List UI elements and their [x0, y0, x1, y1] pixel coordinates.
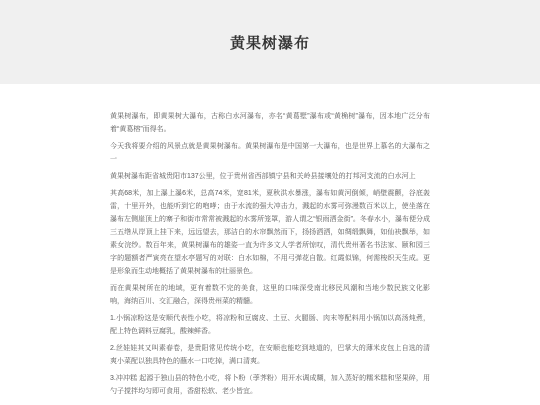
- article-paragraph-food-intro: 而在黄果树所在的地域，更有着数不完的美食，这里的口味深受南北移民风潮和当地少数民…: [110, 282, 430, 308]
- article-paragraph-overview: 今天我将要介绍的风景点就是黄果树瀑布。黄果树瀑布是中国第一大瀑布，也是世界上慕名…: [110, 140, 430, 166]
- article-paragraph-location: 黄果树瀑布距省城贵阳市137公里，位于贵州省西部镇宁县和关岭县接壤处的打邦河支流…: [110, 170, 430, 183]
- document-header: 黄果树瀑布: [0, 0, 540, 84]
- food-list-item-3: 3.冲冲糕 起源于独山县的特色小吃，将卜粉（荸荠粉）用开水调成糊，加入蒸好的糯米…: [110, 372, 430, 398]
- article-paragraph-intro: 黄果树瀑布，即黄果树大瀑布，古称白水河瀑布，亦名“黄葛墅”瀑布或“黄桷树”瀑布，…: [110, 110, 430, 136]
- food-list-item-2: 2.丝娃娃其又叫素春卷，是贵阳常见传统小吃，在安顺也能吃到地道的，巴掌大的薄米皮…: [110, 342, 430, 368]
- document-body: 黄果树瀑布，即黄果树大瀑布，古称白水河瀑布，亦名“黄葛墅”瀑布或“黄桷树”瀑布，…: [0, 84, 540, 398]
- document-page: 黄果树瀑布 黄果树瀑布，即黄果树大瀑布，古称白水河瀑布，亦名“黄葛墅”瀑布或“黄…: [0, 0, 540, 405]
- article-paragraph-description: 其高68米，加上瀑上瀑6米，总高74米，宽81米，夏秋洪水暴涨，瀑布如黄河倒倾，…: [110, 187, 430, 278]
- page-title: 黄果树瀑布: [230, 32, 310, 53]
- food-list-item-1: 1.小锅凉粉这是安顺代表性小吃，将凉粉和豆腐皮、土豆、火腿肠、肉末等配料用小锅加…: [110, 312, 430, 338]
